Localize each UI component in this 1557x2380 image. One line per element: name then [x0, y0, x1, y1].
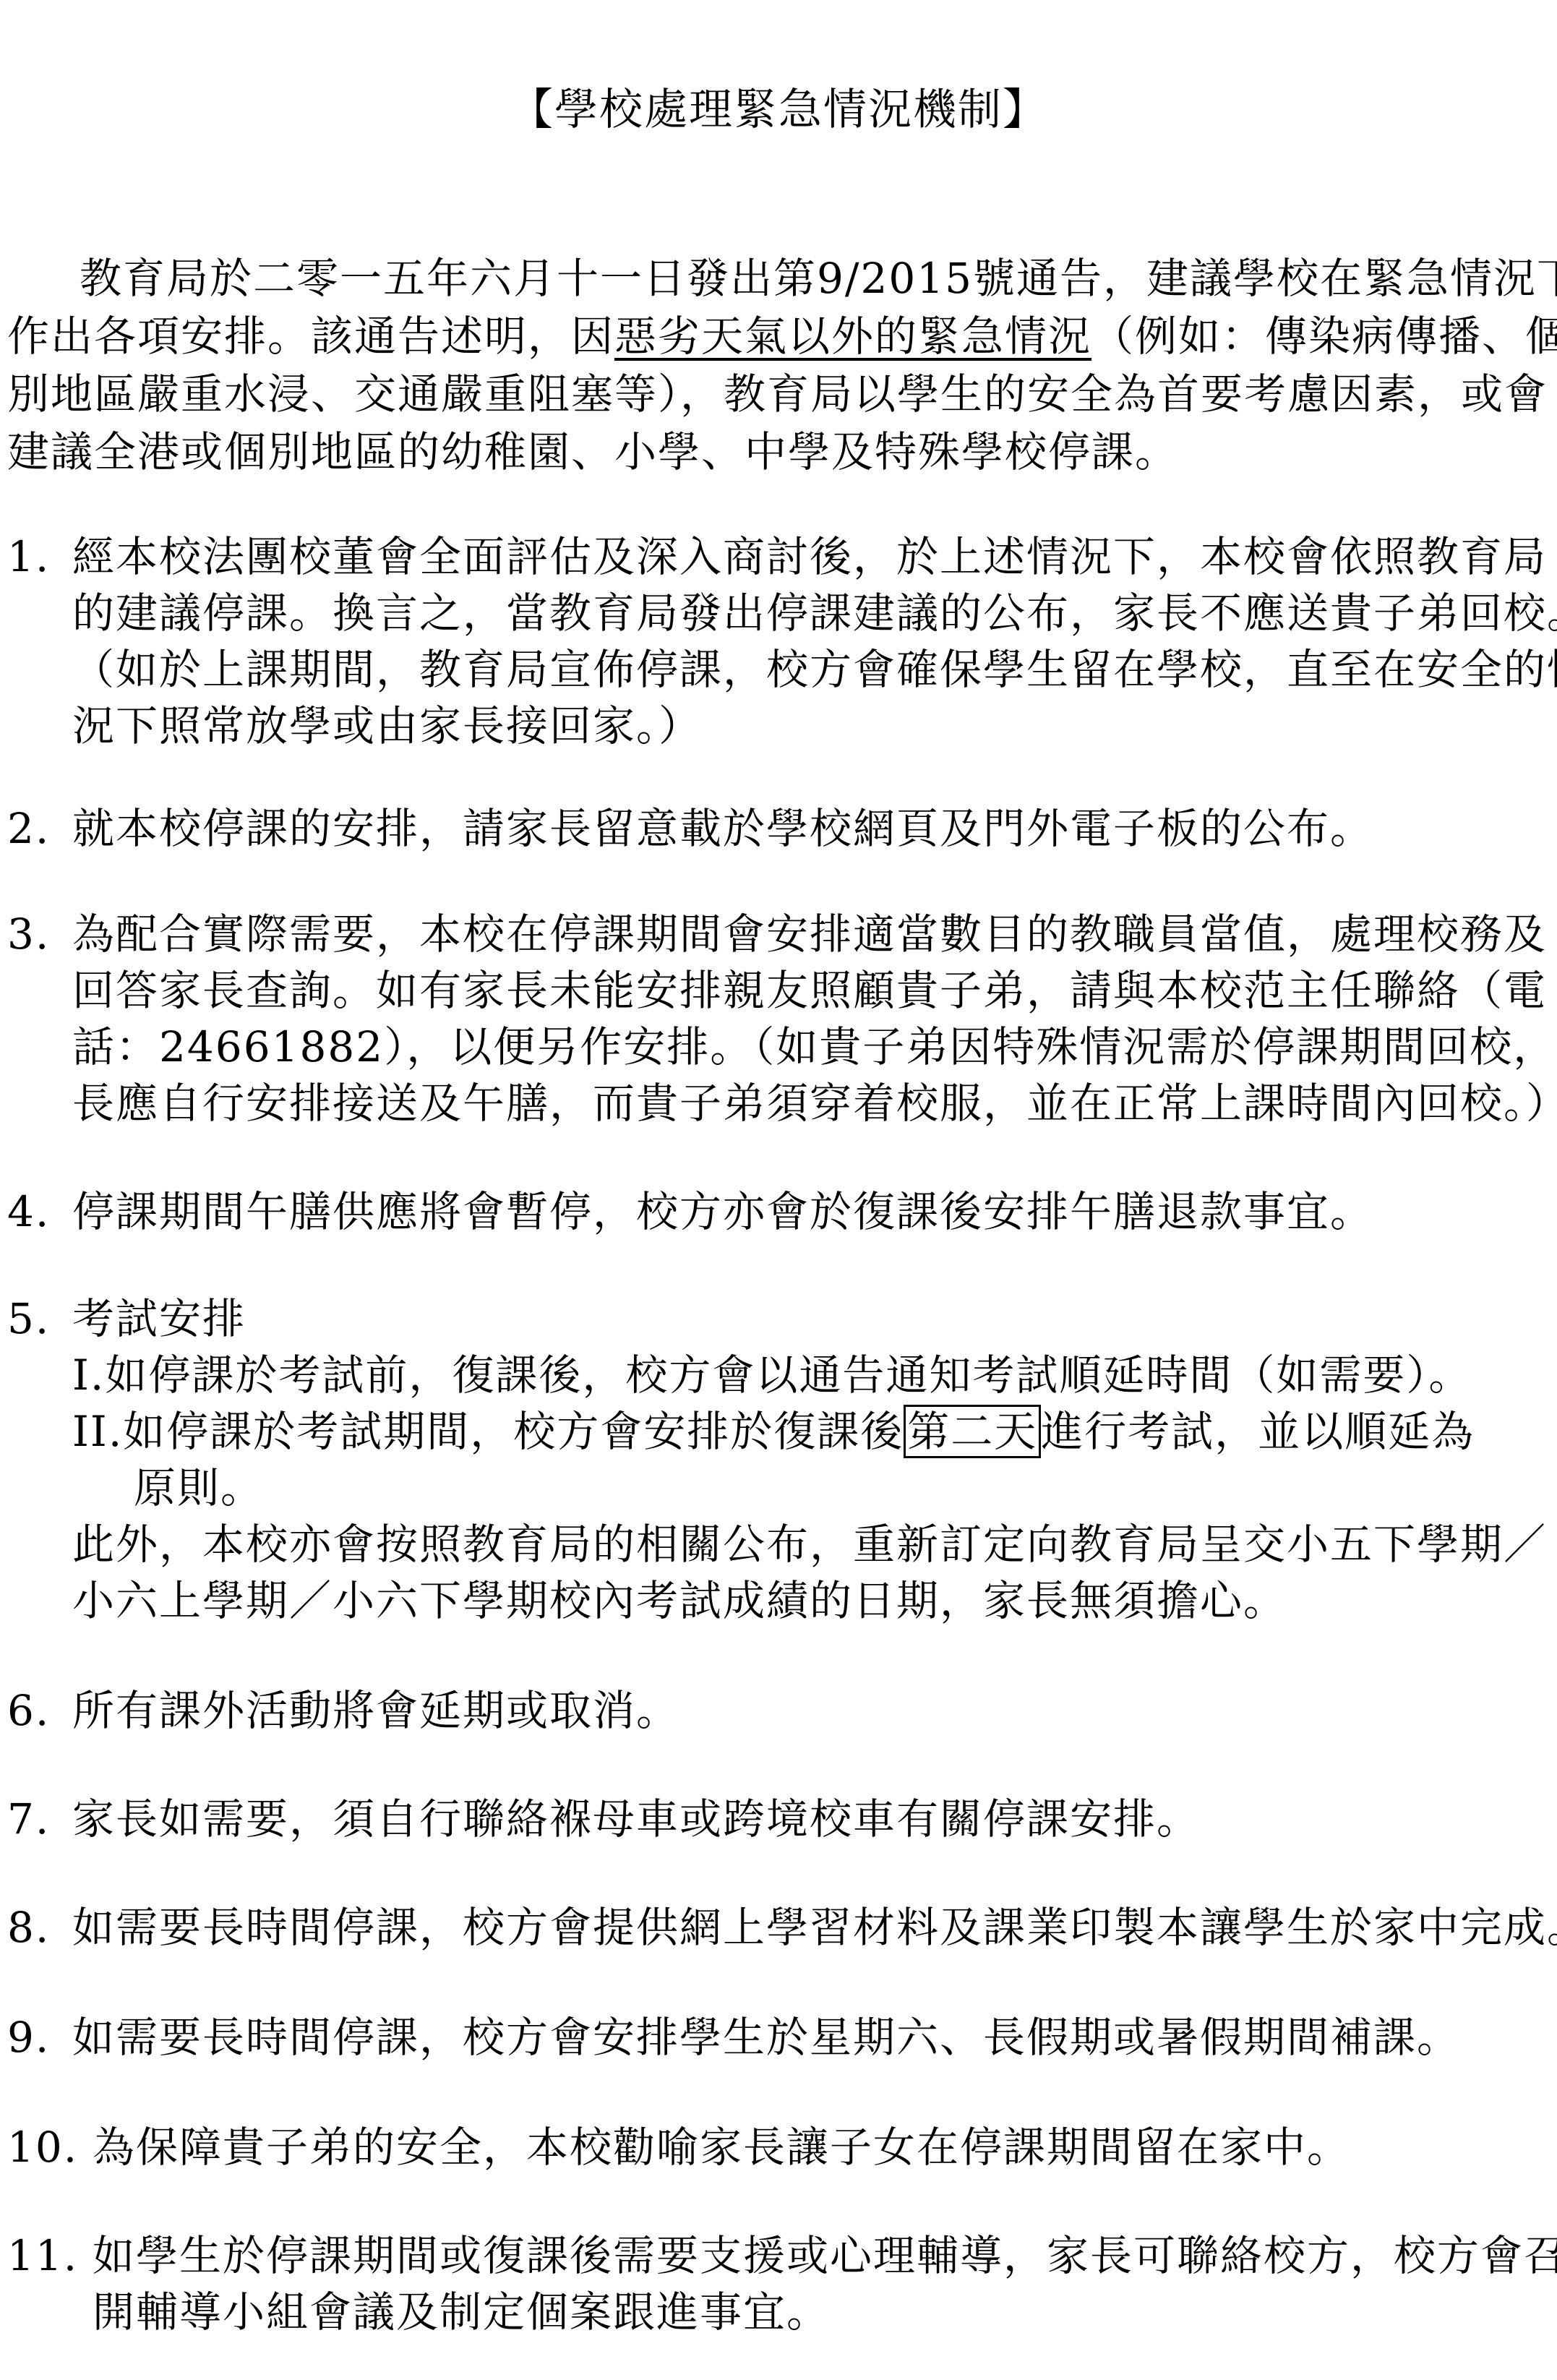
- item-text: 況下照常放學或由家長接回家。）: [72, 697, 702, 755]
- sub-item-2-continuation: 原則。: [134, 1459, 264, 1517]
- item-text: 如需要長時間停課，校方會安排學生於星期六、長假期或暑假期間補課。: [72, 2008, 1460, 2066]
- item-text: 話：24661882），以便另作安排。（如貴子弟因特殊情況需於停課期間回校，家: [72, 1018, 1557, 1076]
- intro-text: 作出各項安排。該通告述明，因: [7, 312, 614, 361]
- item-text: 家長如需要，須自行聯絡褓母車或跨境校車有關停課安排。: [72, 1790, 1200, 1848]
- item-text: 長應自行安排接送及午膳，而貴子弟須穿着校服，並在正常上課時間內回校。）: [72, 1074, 1557, 1132]
- item-text: 開輔導小組會議及制定個案跟進事宜。: [93, 2283, 830, 2341]
- item-text: 為配合實際需要，本校在停課期間會安排適當數目的教職員當值，處理校務及: [72, 905, 1547, 963]
- item-text: （如於上課期間，教育局宣佈停課，校方會確保學生留在學校，直至在安全的情: [72, 641, 1557, 698]
- document-title: 【學校處理緊急情況機制】: [0, 81, 1557, 139]
- item-text: 此外，本校亦會按照教育局的相關公布，重新訂定向教育局呈交小五下學期／: [72, 1515, 1547, 1573]
- underlined-text: 惡劣天氣以外的緊急情況: [614, 312, 1091, 361]
- item-number: 11.: [7, 2227, 78, 2285]
- sub-item-label: I.: [72, 1350, 105, 1400]
- item-text: 如需要長時間停課，校方會提供網上學習材料及課業印製本讓學生於家中完成。: [72, 1899, 1557, 1956]
- item-text: 的建議停課。換言之，當教育局發出停課建議的公布，家長不應送貴子弟回校。: [72, 584, 1557, 642]
- item-heading: 考試安排: [72, 1290, 246, 1348]
- item-number: 7.: [7, 1790, 50, 1848]
- item-number: 10.: [7, 2118, 78, 2176]
- intro-text: （例如：傳染病傳播、個: [1091, 312, 1557, 361]
- item-text: 如學生於停課期間或復課後需要支援或心理輔導，家長可聯絡校方，校方會召: [93, 2227, 1557, 2285]
- sub-item-2: II.如停課於考試期間，校方會安排於復課後第二天進行考試，並以順延為: [72, 1403, 1475, 1460]
- sub-item-1: I.如停課於考試前，復課後，校方會以通告通知考試順延時間（如需要）。: [72, 1346, 1472, 1404]
- boxed-text: 第二天: [904, 1405, 1041, 1458]
- sub-item-label: II.: [72, 1407, 123, 1456]
- intro-line: 作出各項安排。該通告述明，因惡劣天氣以外的緊急情況（例如：傳染病傳播、個: [7, 307, 1557, 365]
- item-text: 經本校法團校董會全面評估及深入商討後，於上述情況下，本校會依照教育局: [72, 528, 1547, 586]
- item-text: 回答家長查詢。如有家長未能安排親友照顧貴子弟，請與本校范主任聯絡（電: [72, 962, 1547, 1019]
- sub-item-text: 如停課於考試前，復課後，校方會以通告通知考試順延時間（如需要）。: [105, 1350, 1472, 1400]
- item-number: 8.: [7, 1899, 50, 1956]
- intro-line: 別地區嚴重水浸、交通嚴重阻塞等），教育局以學生的安全為首要考慮因素，或會: [7, 365, 1548, 423]
- item-number: 5.: [7, 1290, 50, 1348]
- sub-item-text: 進行考試，並以順延為: [1041, 1407, 1475, 1456]
- item-text: 所有課外活動將會延期或取消。: [72, 1682, 679, 1739]
- item-number: 6.: [7, 1682, 50, 1739]
- item-number: 4.: [7, 1183, 50, 1241]
- intro-line: 教育局於二零一五年六月十一日發出第9/2015號通告，建議學校在緊急情況下: [80, 249, 1557, 307]
- item-text: 就本校停課的安排，請家長留意載於學校網頁及門外電子板的公布。: [72, 800, 1373, 857]
- sub-item-text: 如停課於考試期間，校方會安排於復課後: [123, 1407, 904, 1456]
- item-text: 為保障貴子弟的安全，本校勸喻家長讓子女在停課期間留在家中。: [93, 2118, 1350, 2176]
- item-text: 小六上學期／小六下學期校內考試成績的日期，家長無須擔心。: [72, 1572, 1287, 1630]
- item-number: 1.: [7, 528, 50, 586]
- item-number: 2.: [7, 800, 50, 857]
- item-number: 9.: [7, 2008, 50, 2066]
- intro-line: 建議全港或個別地區的幼稚園、小學、中學及特殊學校停課。: [7, 423, 1178, 481]
- item-text: 停課期間午膳供應將會暫停，校方亦會於復課後安排午膳退款事宜。: [72, 1183, 1373, 1241]
- item-number: 3.: [7, 905, 50, 963]
